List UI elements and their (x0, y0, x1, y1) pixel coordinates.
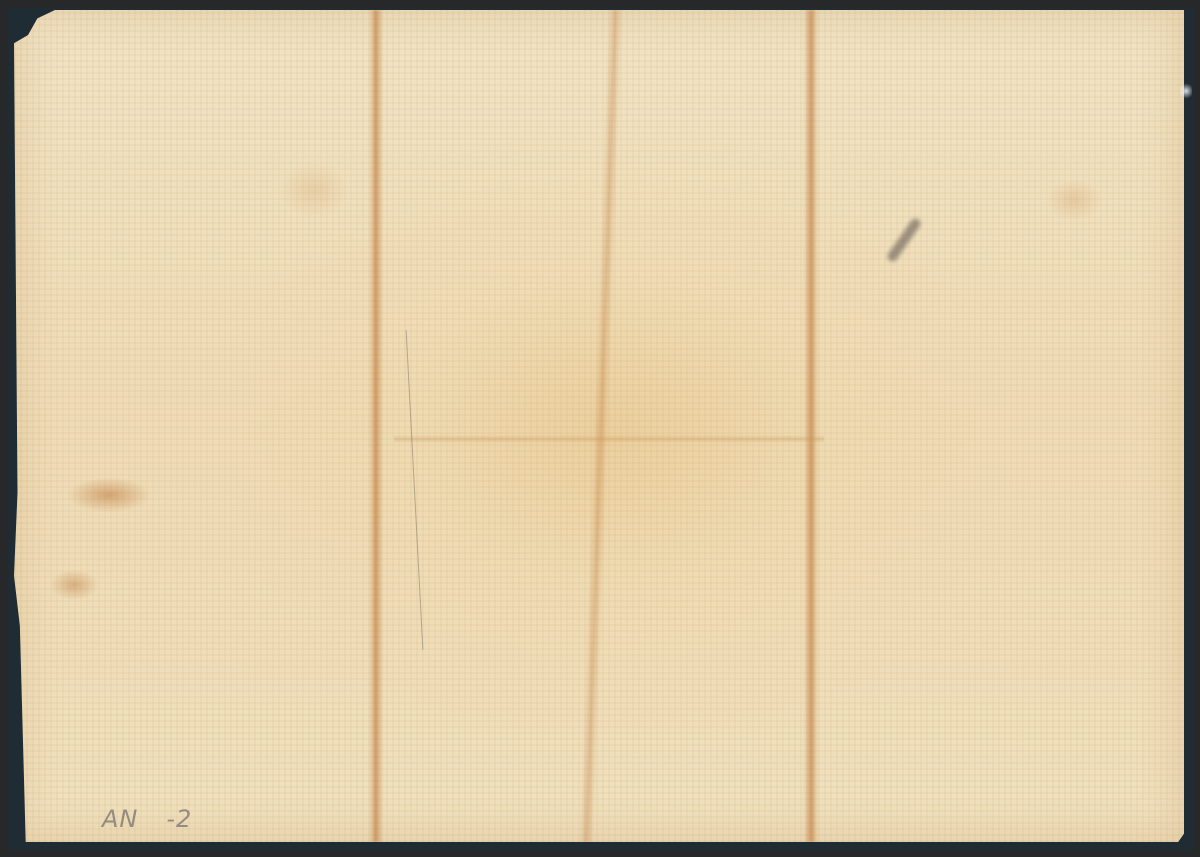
paper-fiber-tuft (1180, 82, 1192, 100)
inscription-part-1: AN (102, 805, 138, 833)
fold-line-right (804, 10, 818, 842)
fold-line-left (369, 10, 383, 842)
inscription-part-2: -2 (166, 805, 192, 833)
pencil-inscription: AN-2 (102, 805, 192, 833)
horizontal-crease (394, 435, 824, 443)
aged-paper-sheet: AN-2 (14, 10, 1184, 842)
